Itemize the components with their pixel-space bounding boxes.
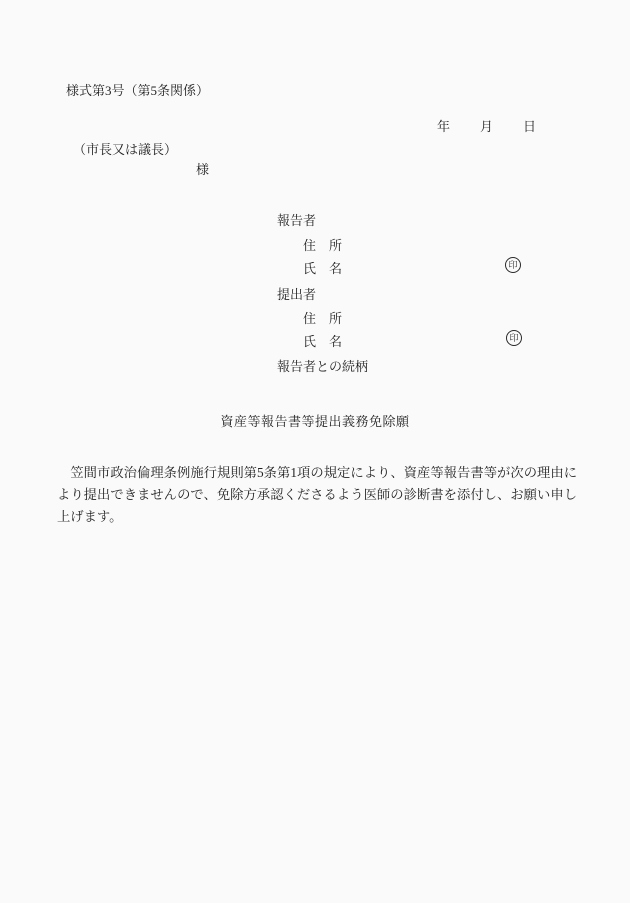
document-title: 資産等報告書等提出義務免除願	[0, 411, 630, 430]
date-month-label: 月	[480, 116, 493, 135]
relationship-to-reporter-label: 報告者との続柄	[277, 356, 368, 375]
date-year-label: 年	[437, 116, 450, 135]
reporter-name-label: 氏 名	[303, 258, 342, 277]
reporter-seal-icon: 印	[505, 257, 521, 273]
submitter-section-label: 提出者	[277, 284, 316, 303]
submitter-seal-icon: 印	[506, 330, 522, 346]
body-paragraph: 笠間市政治倫理条例施行規則第5条第1項の規定により、資産等報告書等が次の理由によ…	[57, 462, 577, 528]
document-page: 様式第3号（第5条関係） 年 月 日 （市長又は議長） 様 報告者 住 所 氏 …	[0, 0, 630, 903]
date-line: 年 月 日	[437, 116, 536, 135]
submitter-address-label: 住 所	[303, 308, 342, 327]
reporter-address-label: 住 所	[303, 235, 342, 254]
date-day-label: 日	[523, 116, 536, 135]
addressee-line: （市長又は議長）	[73, 139, 177, 158]
submitter-name-label: 氏 名	[303, 331, 342, 350]
reporter-section-label: 報告者	[277, 210, 316, 229]
form-number: 様式第3号（第5条関係）	[66, 80, 209, 99]
addressee-honorific: 様	[196, 159, 209, 178]
